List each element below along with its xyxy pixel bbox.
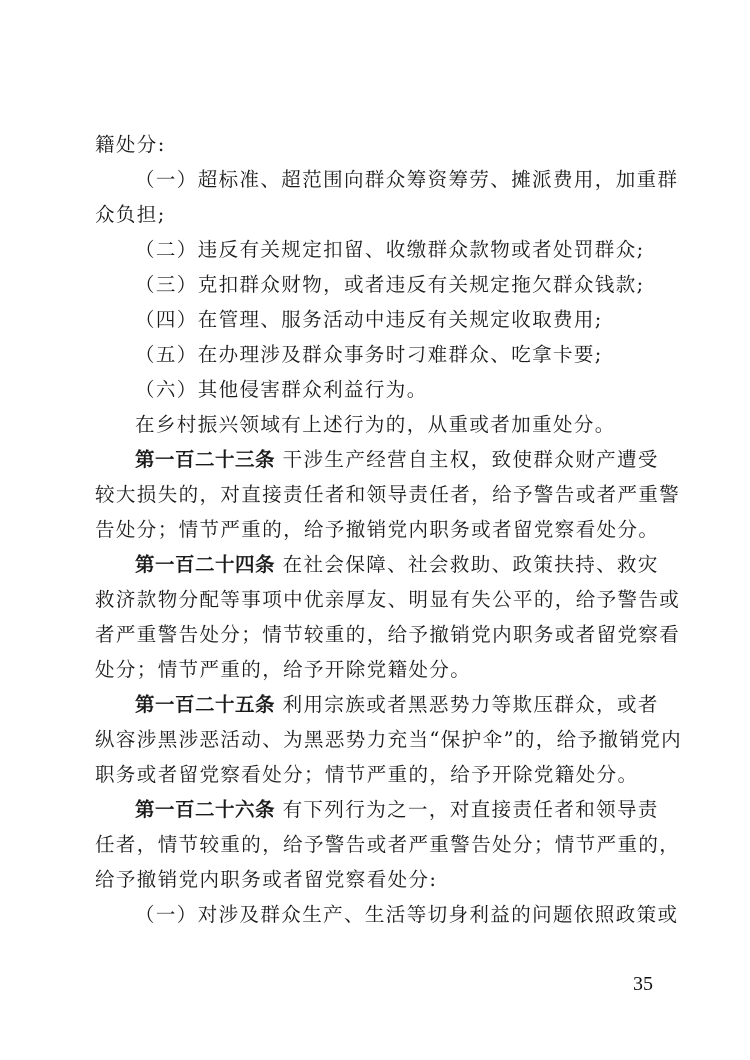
document-page: 籍处分: （一）超标准、超范围向群众筹资筹劳、摊派费用，加重群 众负担; （二）… xyxy=(0,0,750,1060)
article-126-heading: 第一百二十六条 有下列行为之一，对直接责任者和领导责 xyxy=(95,792,655,827)
list-item-2: （二）违反有关规定扣留、收缴群众款物或者处罚群众; xyxy=(95,232,655,267)
text-line: 籍处分: xyxy=(95,127,655,162)
text-line: 众负担; xyxy=(95,197,655,232)
article-number: 第一百二十四条 xyxy=(135,553,275,576)
list-item-3: （三）克扣群众财物，或者违反有关规定拖欠群众钱款; xyxy=(95,267,655,302)
list-item-6: （六）其他侵害群众利益行为。 xyxy=(95,372,655,407)
document-body: 籍处分: （一）超标准、超范围向群众筹资筹劳、摊派费用，加重群 众负担; （二）… xyxy=(95,127,655,932)
list-item-1: （一）超标准、超范围向群众筹资筹劳、摊派费用，加重群 xyxy=(95,162,655,197)
page-number: 35 xyxy=(633,973,653,996)
list-item-4: （四）在管理、服务活动中违反有关规定收取费用; xyxy=(95,302,655,337)
paragraph: 在乡村振兴领域有上述行为的，从重或者加重处分。 xyxy=(95,407,655,442)
article-number: 第一百二十五条 xyxy=(135,693,275,716)
text-line: 较大损失的，对直接责任者和领导责任者，给予警告或者严重警 xyxy=(95,477,655,512)
article-124-heading: 第一百二十四条 在社会保障、社会救助、政策扶持、救灾 xyxy=(95,547,655,582)
list-item-5: （五）在办理涉及群众事务时刁难群众、吃拿卡要; xyxy=(95,337,655,372)
text-line: 救济款物分配等事项中优亲厚友、明显有失公平的，给予警告或 xyxy=(95,582,655,617)
text-line: 告处分；情节严重的，给予撤销党内职务或者留党察看处分。 xyxy=(95,512,655,547)
article-125-heading: 第一百二十五条 利用宗族或者黑恶势力等欺压群众，或者 xyxy=(95,687,655,722)
text-line: 处分；情节严重的，给予开除党籍处分。 xyxy=(95,652,655,687)
text-line: 任者，情节较重的，给予警告或者严重警告处分；情节严重的， xyxy=(95,827,655,862)
text-line: 者严重警告处分；情节较重的，给予撤销党内职务或者留党察看 xyxy=(95,617,655,652)
article-number: 第一百二十三条 xyxy=(135,448,275,471)
article-number: 第一百二十六条 xyxy=(135,798,275,821)
text-line: 职务或者留党察看处分；情节严重的，给予开除党籍处分。 xyxy=(95,757,655,792)
text-line: 纵容涉黑涉恶活动、为黑恶势力充当“保护伞”的，给予撤销党内 xyxy=(95,722,655,757)
list-item-1: （一）对涉及群众生产、生活等切身利益的问题依照政策或 xyxy=(95,897,655,932)
article-123-heading: 第一百二十三条 干涉生产经营自主权，致使群众财产遭受 xyxy=(95,442,655,477)
text-line: 给予撤销党内职务或者留党察看处分: xyxy=(95,862,655,897)
